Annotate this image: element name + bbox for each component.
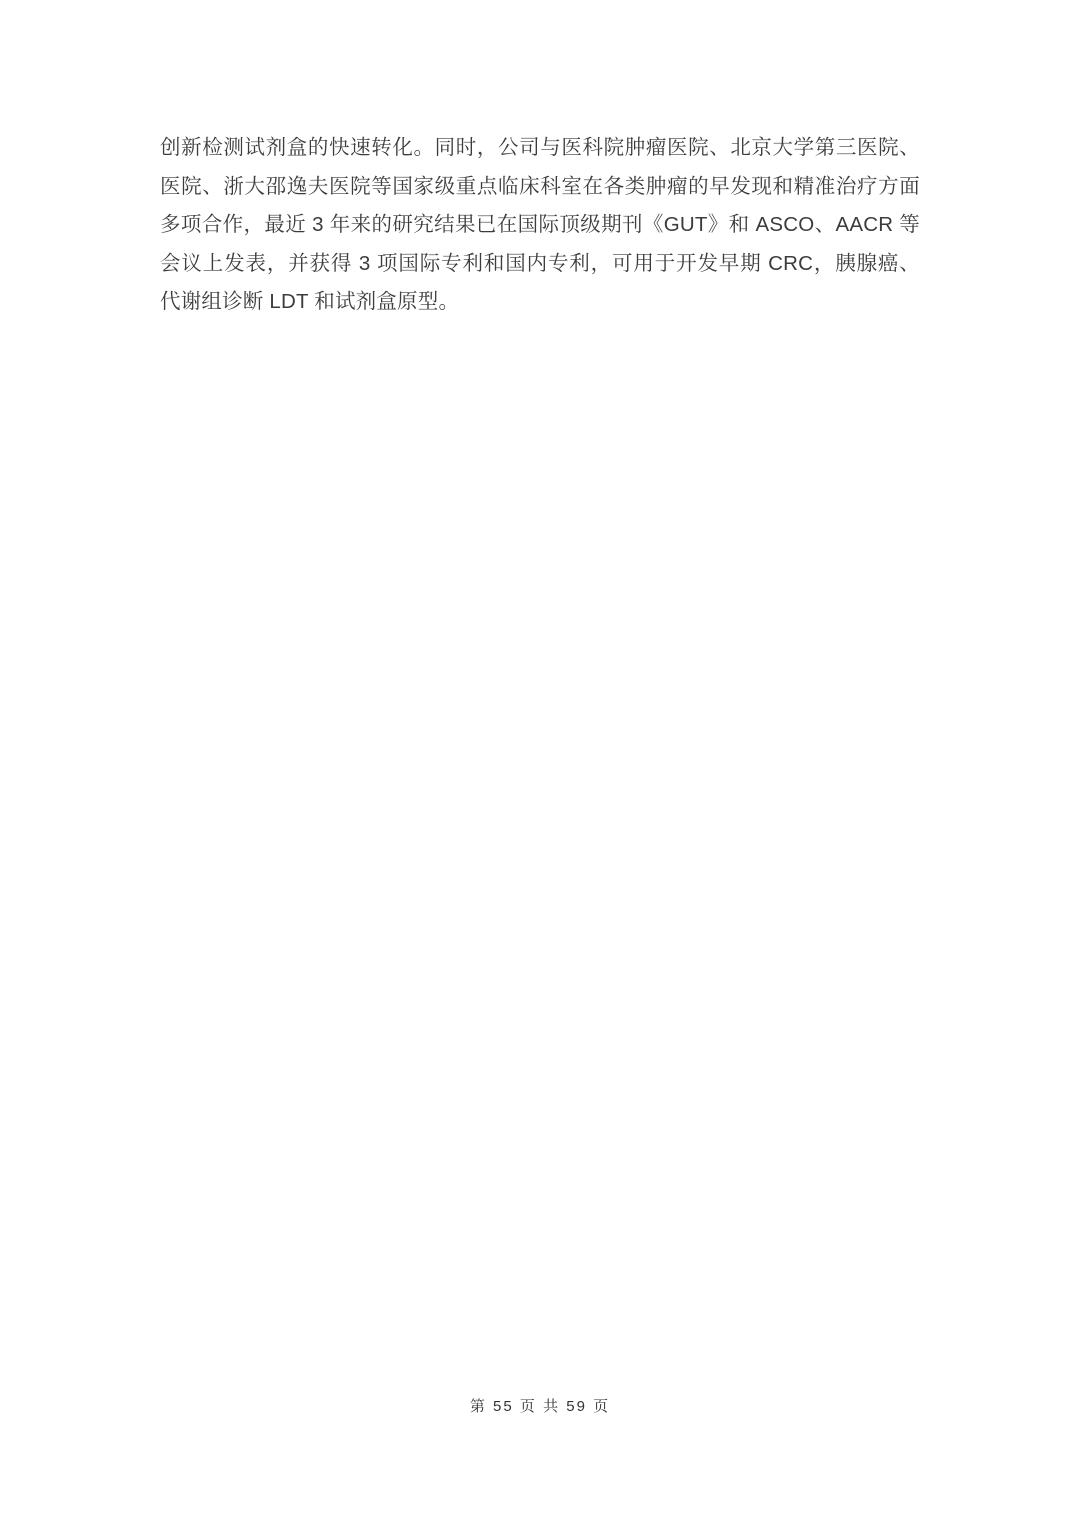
page-number-footer: 第 55 页 共 59 页 — [0, 1396, 1080, 1418]
body-paragraph: 创新检测试剂盒的快速转化。同时，公司与医科院肿瘤医院、北京大学第三医院、北京 医… — [160, 129, 920, 322]
paragraph-line: 多项合作，最近 3 年来的研究结果已在国际顶级期刊《GUT》和 ASCO、AAC… — [160, 206, 920, 245]
paragraph-line: 会议上发表，并获得 3 项国际专利和国内专利，可用于开发早期 CRC，胰腺癌、I… — [160, 245, 920, 284]
paragraph-line: 创新检测试剂盒的快速转化。同时，公司与医科院肿瘤医院、北京大学第三医院、北京 — [160, 129, 920, 168]
paragraph-line: 代谢组诊断 LDT 和试剂盒原型。 — [160, 283, 920, 322]
paragraph-line: 医院、浙大邵逸夫医院等国家级重点临床科室在各类肿瘤的早发现和精准治疗方面开展 — [160, 168, 920, 207]
document-page: 创新检测试剂盒的快速转化。同时，公司与医科院肿瘤医院、北京大学第三医院、北京 医… — [0, 0, 1080, 1527]
